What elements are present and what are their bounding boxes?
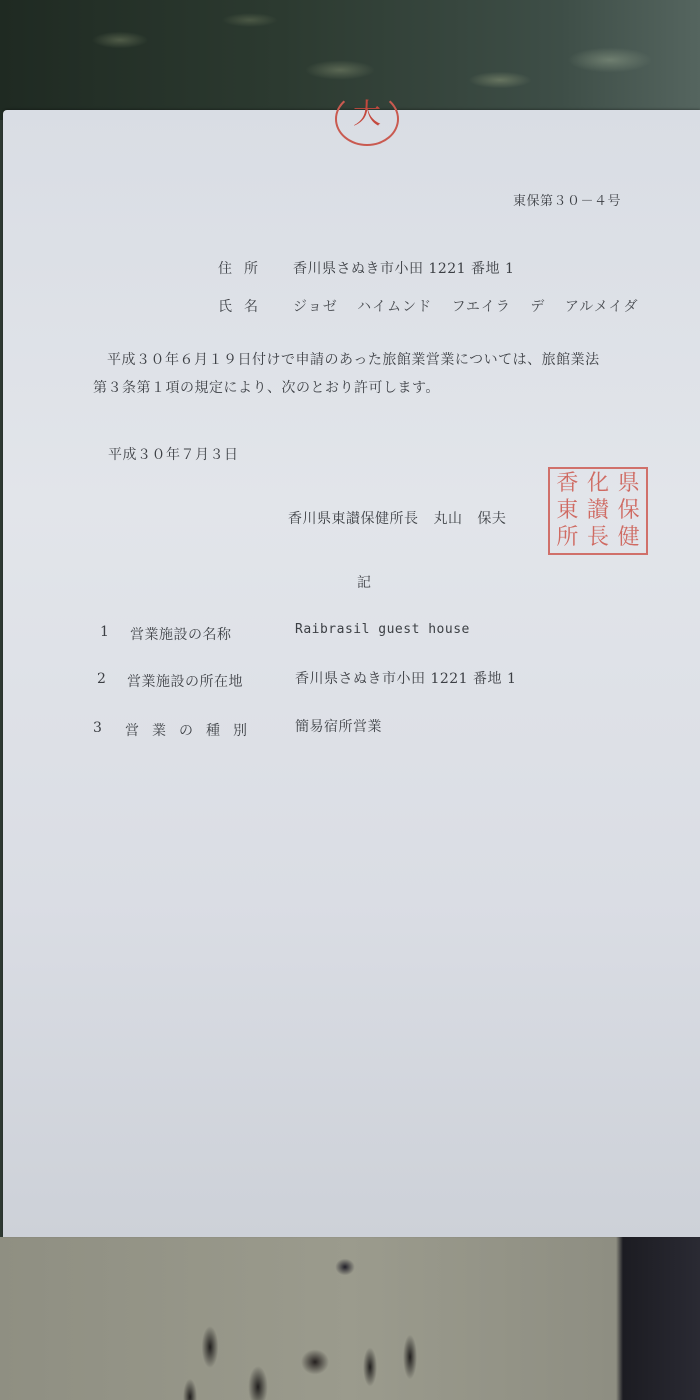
background-table-bottom <box>0 1237 700 1400</box>
official-seal-stamp: 香 化 県 東 讃 保 所 長 健 <box>548 467 648 555</box>
item-value: 香川県さぬき市小田 1221 番地 1 <box>295 668 516 688</box>
paragraph-line-2: 第３条第１項の規定により、次のとおり許可します。 <box>93 374 683 402</box>
item-label: 営業の種別 <box>125 720 260 740</box>
address-value: 香川県さぬき市小田 1221 番地 1 <box>293 258 514 278</box>
permit-paragraph: 平成３０年６月１９日付けで申請のあった旅館業営業については、旅館業法 第３条第１… <box>93 346 683 402</box>
seal-char: 化 <box>583 471 614 498</box>
seal-char: 健 <box>613 524 644 551</box>
seal-char: 香 <box>552 471 583 498</box>
name-value: ジョゼ ハイムンド フエイラ デ アルメイダ <box>293 296 639 316</box>
name-label: 氏名 <box>218 296 270 316</box>
seal-char: 東 <box>552 498 583 525</box>
permit-document: 大 東保第３０－４号 住所 香川県さぬき市小田 1221 番地 1 氏名 ジョゼ… <box>3 110 700 1237</box>
seal-char: 長 <box>583 524 614 551</box>
document-number: 東保第３０－４号 <box>513 190 621 209</box>
issuer-signature: 香川県東讃保健所長 丸山 保夫 <box>288 508 506 528</box>
item-label: 営業施設の名称 <box>130 624 232 644</box>
paragraph-line-1: 平成３０年６月１９日付けで申請のあった旅館業営業については、旅館業法 <box>93 346 683 374</box>
item-label: 営業施設の所在地 <box>127 671 243 691</box>
top-seal-stamp: 大 <box>335 92 399 146</box>
issue-date: 平成３０年７月３日 <box>108 444 239 464</box>
item-number: 2 <box>97 671 106 687</box>
top-seal-glyph: 大 <box>353 97 381 130</box>
seal-char: 県 <box>613 471 644 498</box>
seal-char: 所 <box>552 524 583 551</box>
seal-char: 讃 <box>583 498 614 525</box>
item-number: 1 <box>100 624 109 640</box>
item-value: Raibrasil guest house <box>295 622 470 637</box>
item-value: 簡易宿所営業 <box>295 716 382 736</box>
item-number: 3 <box>93 720 102 736</box>
address-label: 住所 <box>218 258 270 278</box>
seal-char: 保 <box>613 498 644 525</box>
ki-heading: 記 <box>357 572 372 592</box>
